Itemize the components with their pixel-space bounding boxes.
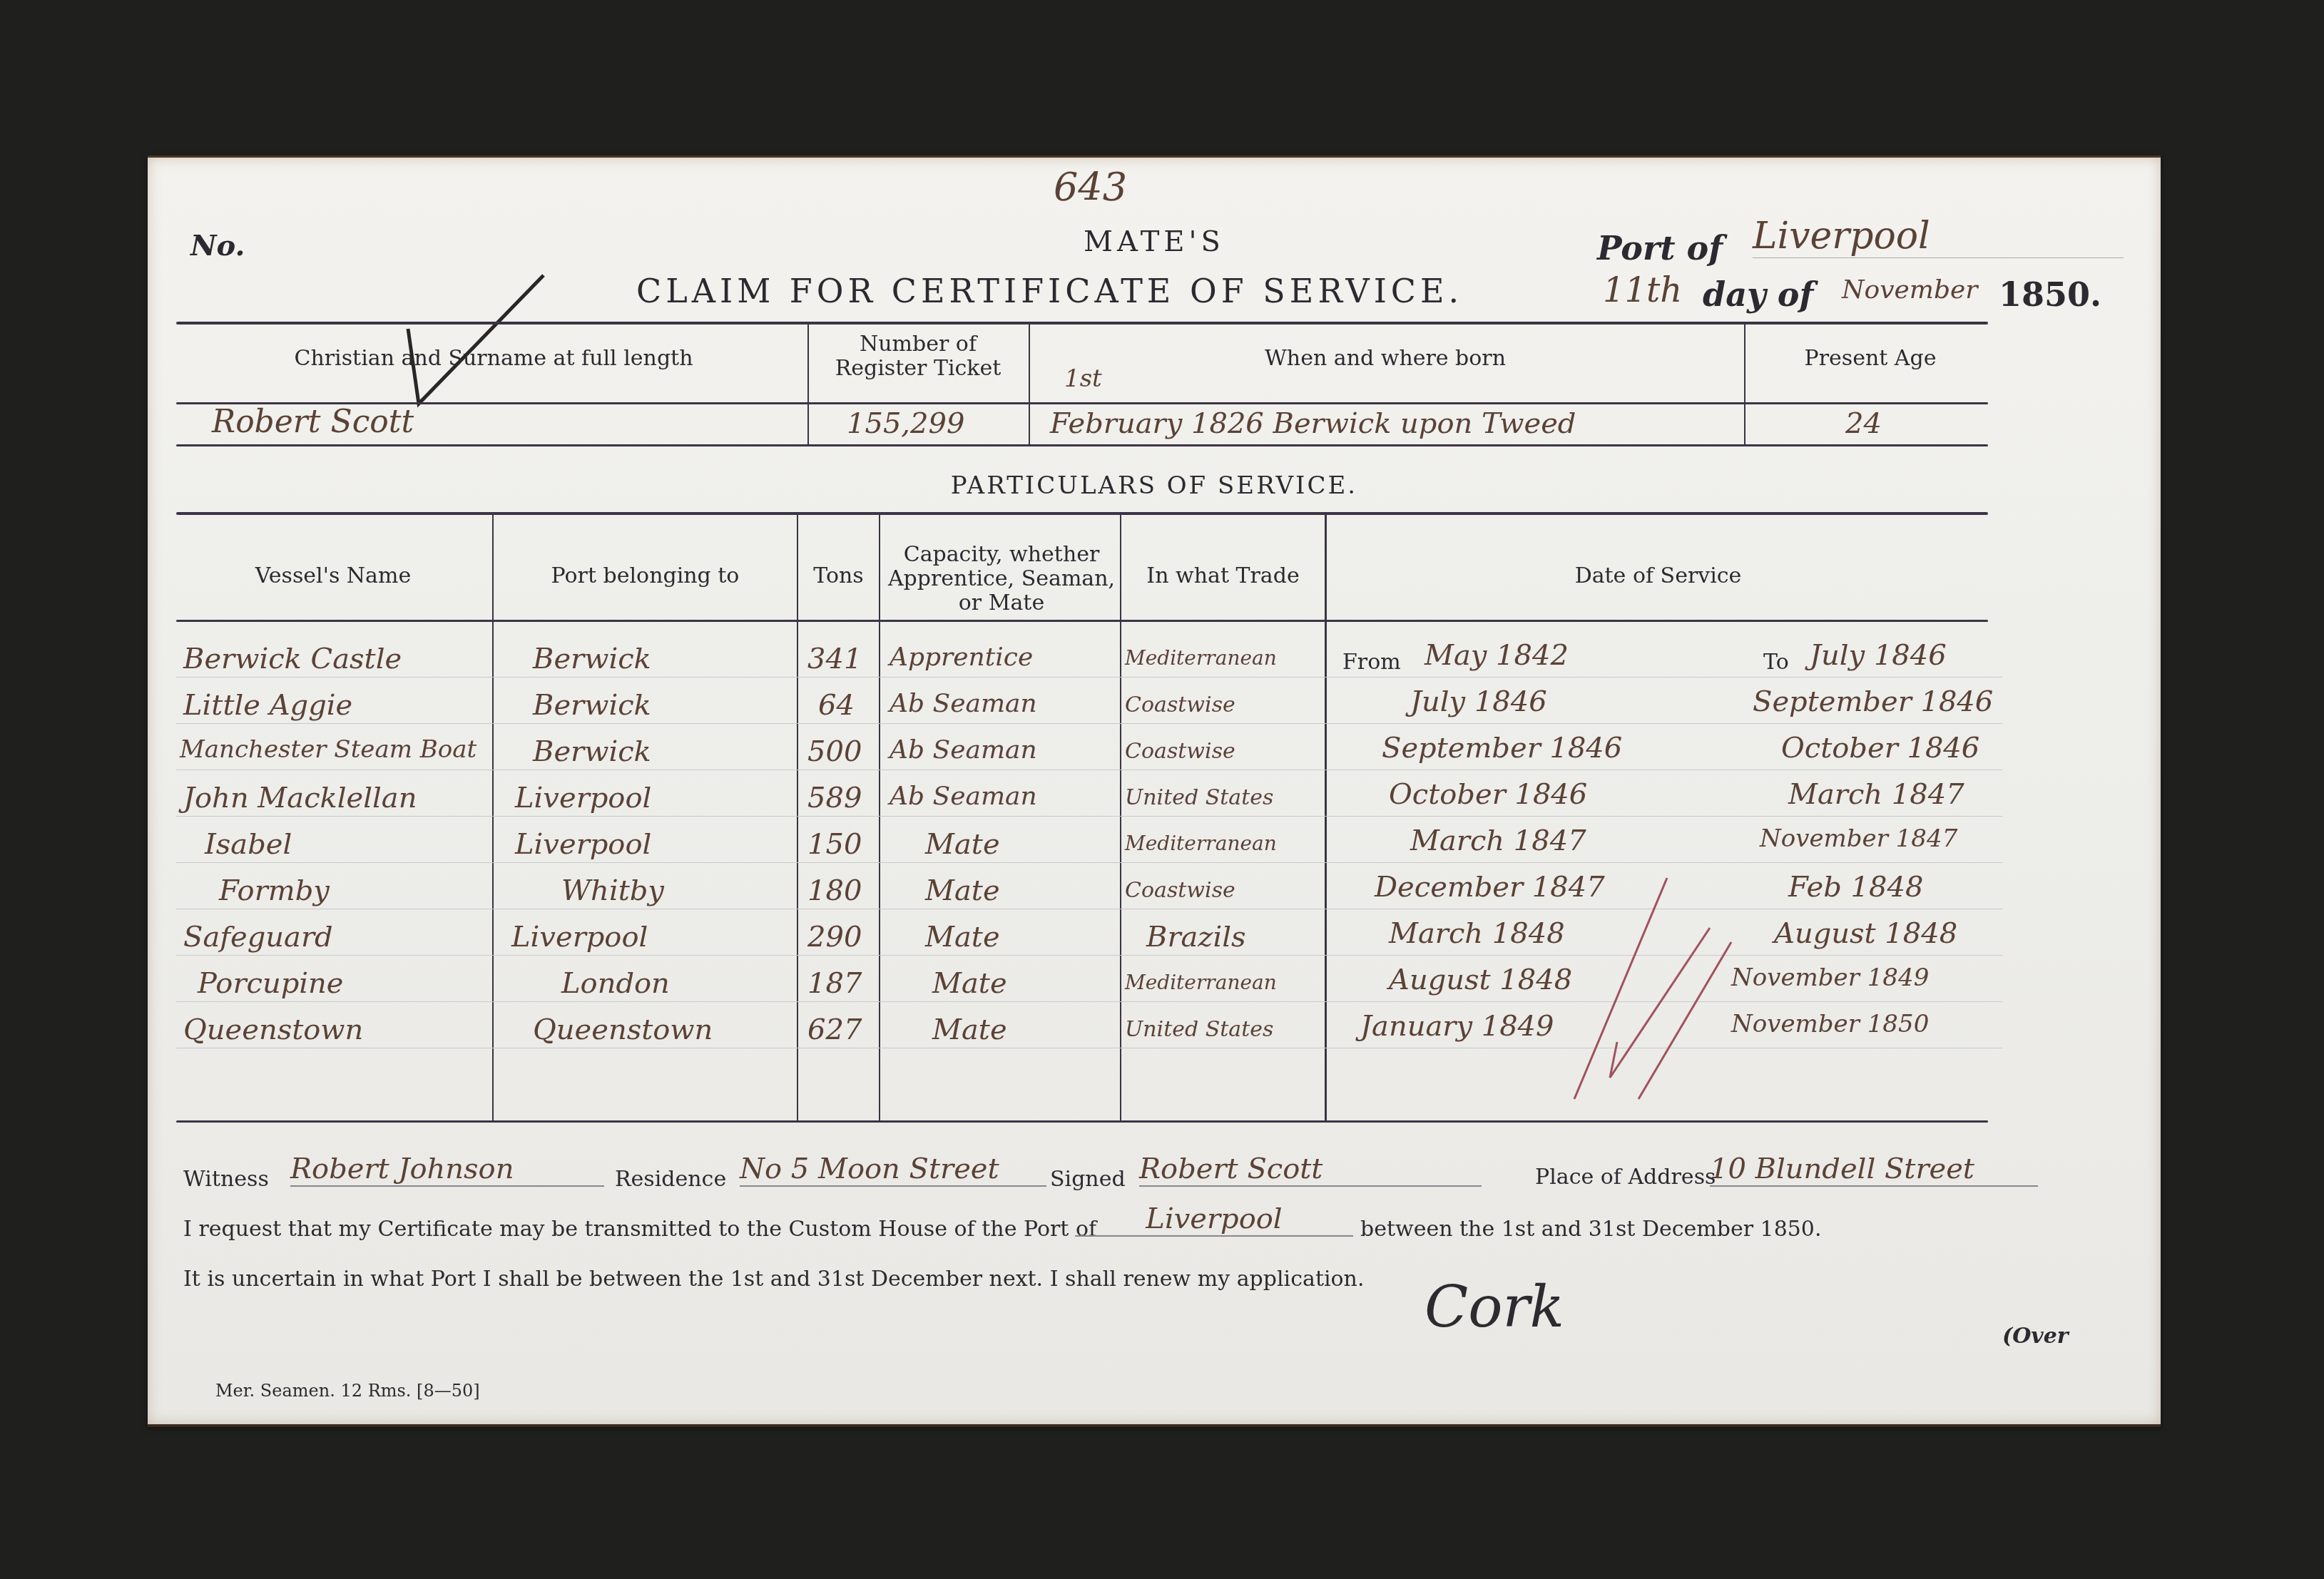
annotation-cork: Cork xyxy=(1425,1274,1564,1340)
vessel-name: Berwick Castle xyxy=(183,643,402,675)
tons: 180 xyxy=(807,874,862,907)
address-value: 10 Blundell Street xyxy=(1710,1153,2038,1187)
age-value: 24 xyxy=(1845,407,1882,440)
divider xyxy=(1120,514,1121,1120)
capacity: Mate xyxy=(925,921,1000,954)
date-to: August 1848 xyxy=(1774,917,1957,950)
divider xyxy=(492,514,494,1120)
divider xyxy=(1325,514,1327,1120)
header-name: Christian and Surname at full length xyxy=(190,347,797,371)
date-to: March 1847 xyxy=(1788,778,1964,811)
vessel-name: Manchester Steam Boat xyxy=(180,735,476,764)
request-suffix: between the 1st and 31st December 1850. xyxy=(1360,1217,1821,1242)
tons: 589 xyxy=(807,782,862,814)
divider xyxy=(1744,323,1745,444)
header-capacity: Capacity, whether Apprentice, Seaman, or… xyxy=(884,543,1119,615)
witness-label: Witness xyxy=(183,1167,269,1192)
header-tons: Tons xyxy=(798,564,879,588)
over-text: (Over xyxy=(2002,1324,2069,1349)
form-code: Mer. Seamen. 12 Rms. [8—50] xyxy=(215,1381,480,1401)
header-age: Present Age xyxy=(1760,347,1981,371)
port-belonging: Berwick xyxy=(533,735,651,768)
date-from: May 1842 xyxy=(1425,639,1569,672)
section-title: PARTICULARS OF SERVICE. xyxy=(148,471,2161,500)
capacity: Mate xyxy=(925,828,1000,861)
residence-value: No 5 Moon Street xyxy=(740,1153,1046,1187)
date-from: September 1846 xyxy=(1382,732,1622,765)
uncertain-text: It is uncertain in what Port I shall be … xyxy=(183,1267,1364,1292)
rule xyxy=(176,322,1988,325)
vessel-name: Queenstown xyxy=(183,1013,363,1046)
trade: Coastwise xyxy=(1125,878,1235,903)
port-belonging: London xyxy=(561,967,670,1000)
date-from: October 1846 xyxy=(1389,778,1587,811)
divider xyxy=(797,514,798,1120)
date-to: Feb 1848 xyxy=(1788,871,1923,904)
port-of-label: Port of xyxy=(1597,229,1723,267)
vessel-name: Porcupine xyxy=(198,967,344,1000)
born-day-value: 1st xyxy=(1064,364,1102,393)
port-belonging: Queenstown xyxy=(533,1013,713,1046)
handwritten-number: 643 xyxy=(1054,165,1127,210)
header-port: Port belonging to xyxy=(494,564,797,588)
trade: Coastwise xyxy=(1125,693,1235,717)
trade: Coastwise xyxy=(1125,739,1235,764)
vessel-name: Little Aggie xyxy=(183,689,352,722)
header-date: Date of Service xyxy=(1328,564,1988,588)
witness-value: Robert Johnson xyxy=(290,1153,604,1187)
month-value: November xyxy=(1842,275,1978,305)
vessel-name: John Macklellan xyxy=(183,782,417,814)
port-of-value: Liverpool xyxy=(1753,215,2124,258)
tons: 627 xyxy=(807,1013,862,1046)
rule xyxy=(176,512,1988,515)
date-from: July 1846 xyxy=(1410,685,1547,718)
date-from: January 1849 xyxy=(1360,1010,1554,1043)
day-value: 11th xyxy=(1603,270,1682,310)
trade: Mediterranean xyxy=(1125,832,1277,855)
request-port-value: Liverpool xyxy=(1075,1202,1353,1237)
trade: Mediterranean xyxy=(1125,971,1277,994)
tons: 290 xyxy=(807,921,862,954)
tons: 150 xyxy=(807,828,862,861)
residence-label: Residence xyxy=(615,1167,726,1192)
capacity: Mate xyxy=(932,967,1007,1000)
trade: Mediterranean xyxy=(1125,646,1277,670)
capacity: Ab Seaman xyxy=(890,689,1037,718)
date-to: October 1846 xyxy=(1781,732,1979,765)
name-value: Robert Scott xyxy=(212,404,414,440)
certificate-document: No. 643 MATE'S CLAIM FOR CERTIFICATE OF … xyxy=(148,155,2161,1427)
divider xyxy=(879,514,880,1120)
tons: 341 xyxy=(807,643,862,675)
port-belonging: Whitby xyxy=(561,874,664,907)
address-label: Place of Address xyxy=(1535,1165,1716,1190)
year: 1850. xyxy=(1999,275,2101,314)
date-to: November 1847 xyxy=(1760,824,1957,853)
signed-value: Robert Scott xyxy=(1139,1153,1482,1187)
capacity: Ab Seaman xyxy=(890,782,1037,811)
vessel-name: Isabel xyxy=(205,828,292,861)
capacity: Ab Seaman xyxy=(890,735,1037,765)
port-belonging: Berwick xyxy=(533,689,651,722)
capacity: Apprentice xyxy=(890,643,1033,672)
trade: United States xyxy=(1125,785,1273,810)
tons: 500 xyxy=(807,735,862,768)
born-value: February 1826 Berwick upon Tweed xyxy=(1050,407,1576,440)
to-label: To xyxy=(1763,650,1789,675)
day-of-label: day of xyxy=(1703,275,1813,314)
divider xyxy=(807,323,809,444)
header-register: Number of Register Ticket xyxy=(822,332,1014,381)
register-value: 155,299 xyxy=(847,407,964,440)
date-from: March 1847 xyxy=(1410,824,1586,857)
date-to: July 1846 xyxy=(1810,639,1947,672)
check-mark-icon xyxy=(401,272,558,414)
port-belonging: Liverpool xyxy=(515,828,651,861)
port-belonging: Berwick xyxy=(533,643,651,675)
header-trade: In what Trade xyxy=(1121,564,1325,588)
capacity: Mate xyxy=(925,874,1000,907)
port-belonging: Liverpool xyxy=(515,782,651,814)
title-claim: CLAIM FOR CERTIFICATE OF SERVICE. xyxy=(636,272,1463,310)
rule xyxy=(176,1120,1988,1123)
trade: United States xyxy=(1125,1017,1273,1042)
header-vessel: Vessel's Name xyxy=(176,564,490,588)
vessel-name: Safeguard xyxy=(183,921,333,954)
vessel-name: Formby xyxy=(219,874,330,907)
red-pen-strokes-icon xyxy=(1567,864,1795,1106)
date-to: September 1846 xyxy=(1753,685,1993,718)
rule xyxy=(176,444,1988,446)
signed-label: Signed xyxy=(1050,1167,1126,1192)
date-from: March 1848 xyxy=(1389,917,1565,950)
port-belonging: Liverpool xyxy=(511,921,648,954)
request-text: I request that my Certificate may be tra… xyxy=(183,1217,1096,1242)
rule xyxy=(176,402,1988,404)
tons: 64 xyxy=(818,689,855,722)
from-label: From xyxy=(1342,650,1401,675)
header-born: When and where born xyxy=(1043,347,1728,371)
tons: 187 xyxy=(807,967,862,1000)
date-from: August 1848 xyxy=(1389,964,1572,996)
divider xyxy=(1029,323,1030,444)
capacity: Mate xyxy=(932,1013,1007,1046)
trade: Brazils xyxy=(1146,921,1246,954)
rule xyxy=(176,620,1988,622)
